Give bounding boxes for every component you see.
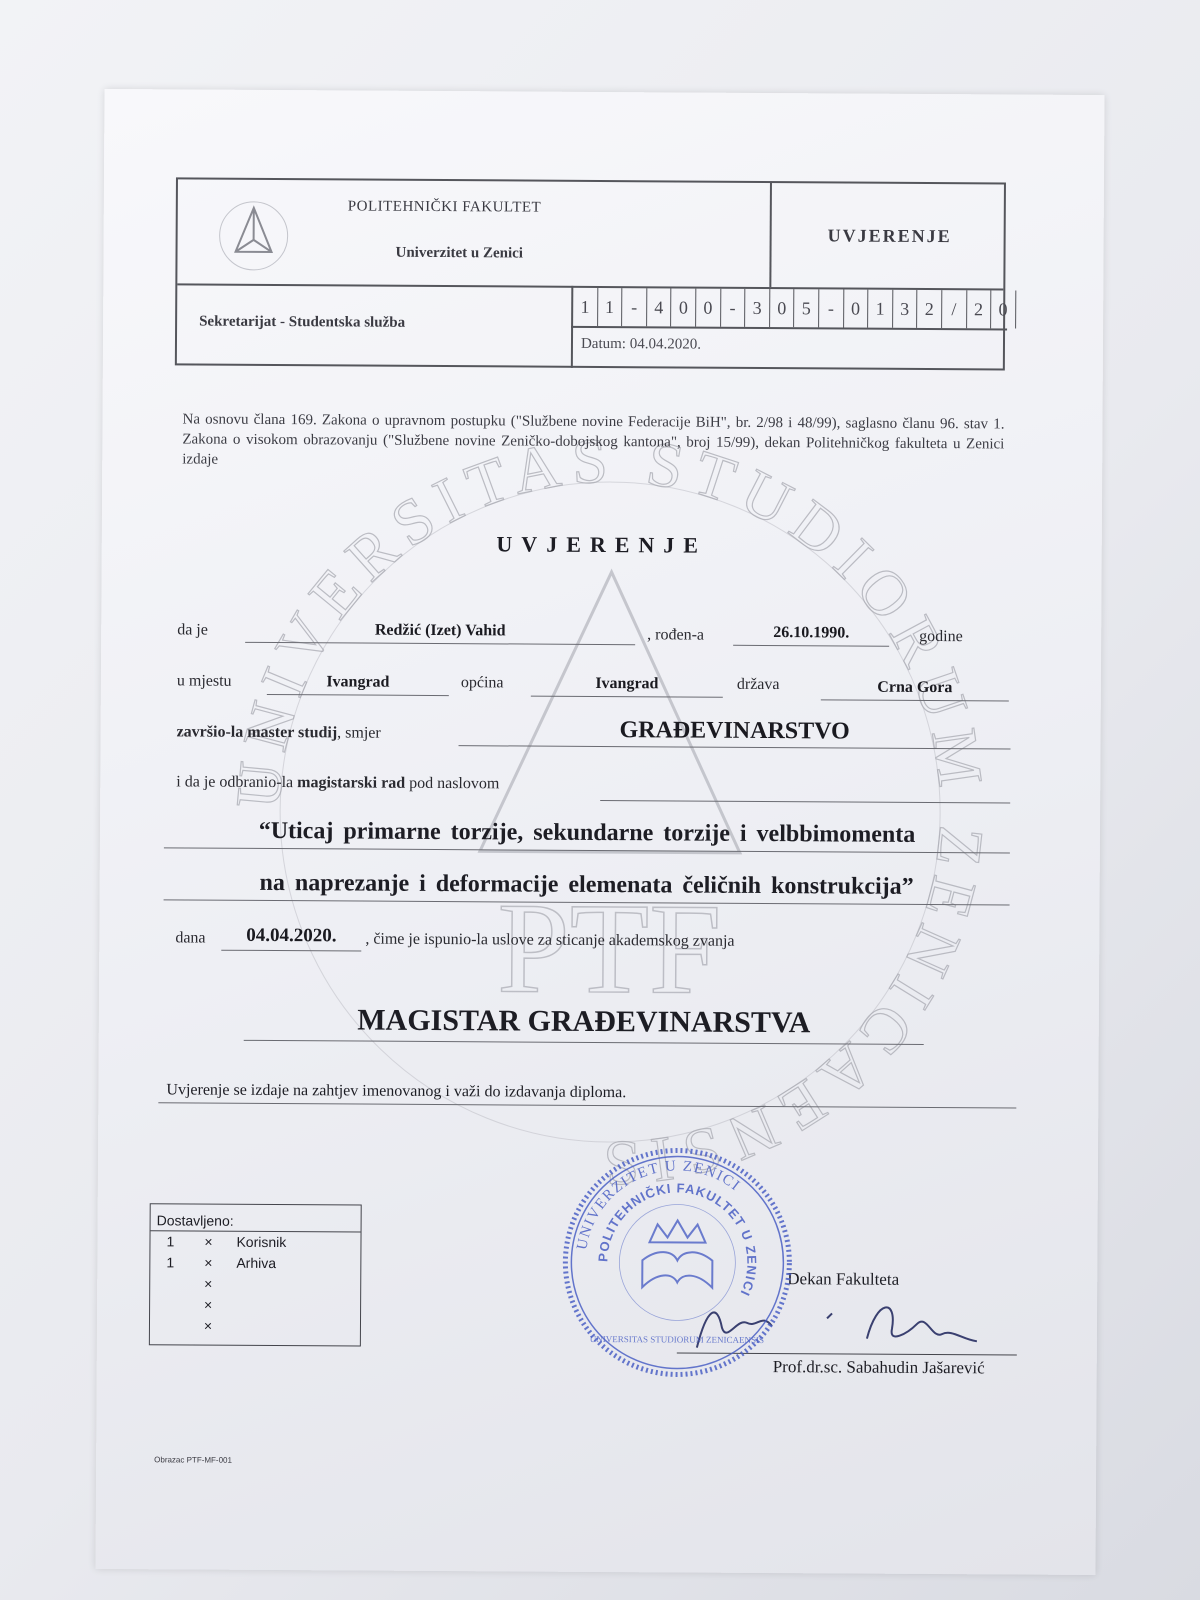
municipality: Ivangrad	[531, 674, 723, 698]
municipality-label: općina	[461, 674, 504, 692]
form-code: Obrazac PTF-MF-001	[154, 1455, 232, 1464]
issue-date: Datum: 04.04.2020.	[581, 336, 701, 354]
delivery-heading: Dostavljeno:	[151, 1204, 361, 1232]
thesis-label: i da je odbranio-la magistarski rad pod …	[176, 773, 499, 793]
official-stamp-icon: UNIVERZITET U ZENICI POLITEHNIČKI FAKULT…	[557, 1142, 798, 1383]
list-item: 1×Korisnik	[150, 1231, 360, 1253]
thesis-title-line-2: na naprezanje i deformacije elemenata če…	[164, 867, 1010, 905]
certificate-title: UVJERENJE	[102, 529, 1102, 561]
signatory-name: Prof.dr.sc. Sabahudin Jašarević	[773, 1357, 985, 1378]
place-label: u mjestu	[177, 672, 232, 690]
signatory-role: Dekan Fakulteta	[787, 1269, 899, 1290]
validity-note: Uvjerenje se izdaje na zahtjev imenovano…	[158, 1079, 1016, 1108]
defense-date: 04.04.2020.	[221, 926, 361, 952]
thesis-title-line-1: “Uticaj primarne torzije, sekundarne tor…	[164, 815, 1010, 853]
reference-number: 11 -4 00 -3 05 -0 13 2/ 20	[573, 288, 1016, 329]
study-label: završio-la master studij, smjer	[177, 723, 381, 742]
condition-text: , čime je ispunio-la uslove za sticanje …	[365, 931, 734, 951]
year-label: godine	[919, 628, 963, 646]
birth-date: 26.10.1990.	[733, 623, 889, 647]
study-direction: GRAĐEVINARSTVO	[459, 715, 1011, 749]
svg-text:UNIVERSITAS STUDIORUM ZENICAEN: UNIVERSITAS STUDIORUM ZENICAENSIS	[590, 1334, 764, 1345]
list-item: ×	[150, 1315, 360, 1337]
faculty-name: POLITEHNIČKI FAKULTET	[348, 198, 542, 216]
list-item: ×	[150, 1294, 360, 1316]
birth-place: Ivangrad	[267, 672, 449, 696]
delivery-list: Dostavljeno: 1×Korisnik 1×Arhiva × × ×	[149, 1203, 362, 1346]
da-je-label: da je	[177, 621, 208, 639]
department-name: Sekretarijat - Studentska služba	[199, 314, 405, 332]
country-label: država	[737, 676, 780, 694]
header-table: POLITEHNIČKI FAKULTET Univerzitet u Zeni…	[175, 177, 1006, 370]
thesis-label-line	[600, 778, 1010, 804]
faculty-logo-icon	[213, 194, 293, 274]
document-type: UVJERENJE	[828, 225, 952, 247]
born-label: , rođen-a	[647, 626, 704, 644]
academic-degree: MAGISTAR GRAĐEVINARSTVA	[244, 1002, 924, 1045]
country: Crna Gora	[821, 677, 1009, 701]
list-item: 1×Arhiva	[150, 1252, 360, 1274]
dana-label: dana	[175, 929, 205, 947]
legal-basis-paragraph: Na osnovu člana 169. Zakona o upravnom p…	[182, 409, 1004, 474]
list-item: ×	[150, 1273, 360, 1295]
certificate-page: UNIVERSITAS STUDIORUM ZENICAENSIS PTF PO…	[95, 89, 1104, 1575]
university-name: Univerzitet u Zenici	[395, 245, 523, 263]
student-name: Redžić (Izet) Vahid	[245, 620, 635, 645]
